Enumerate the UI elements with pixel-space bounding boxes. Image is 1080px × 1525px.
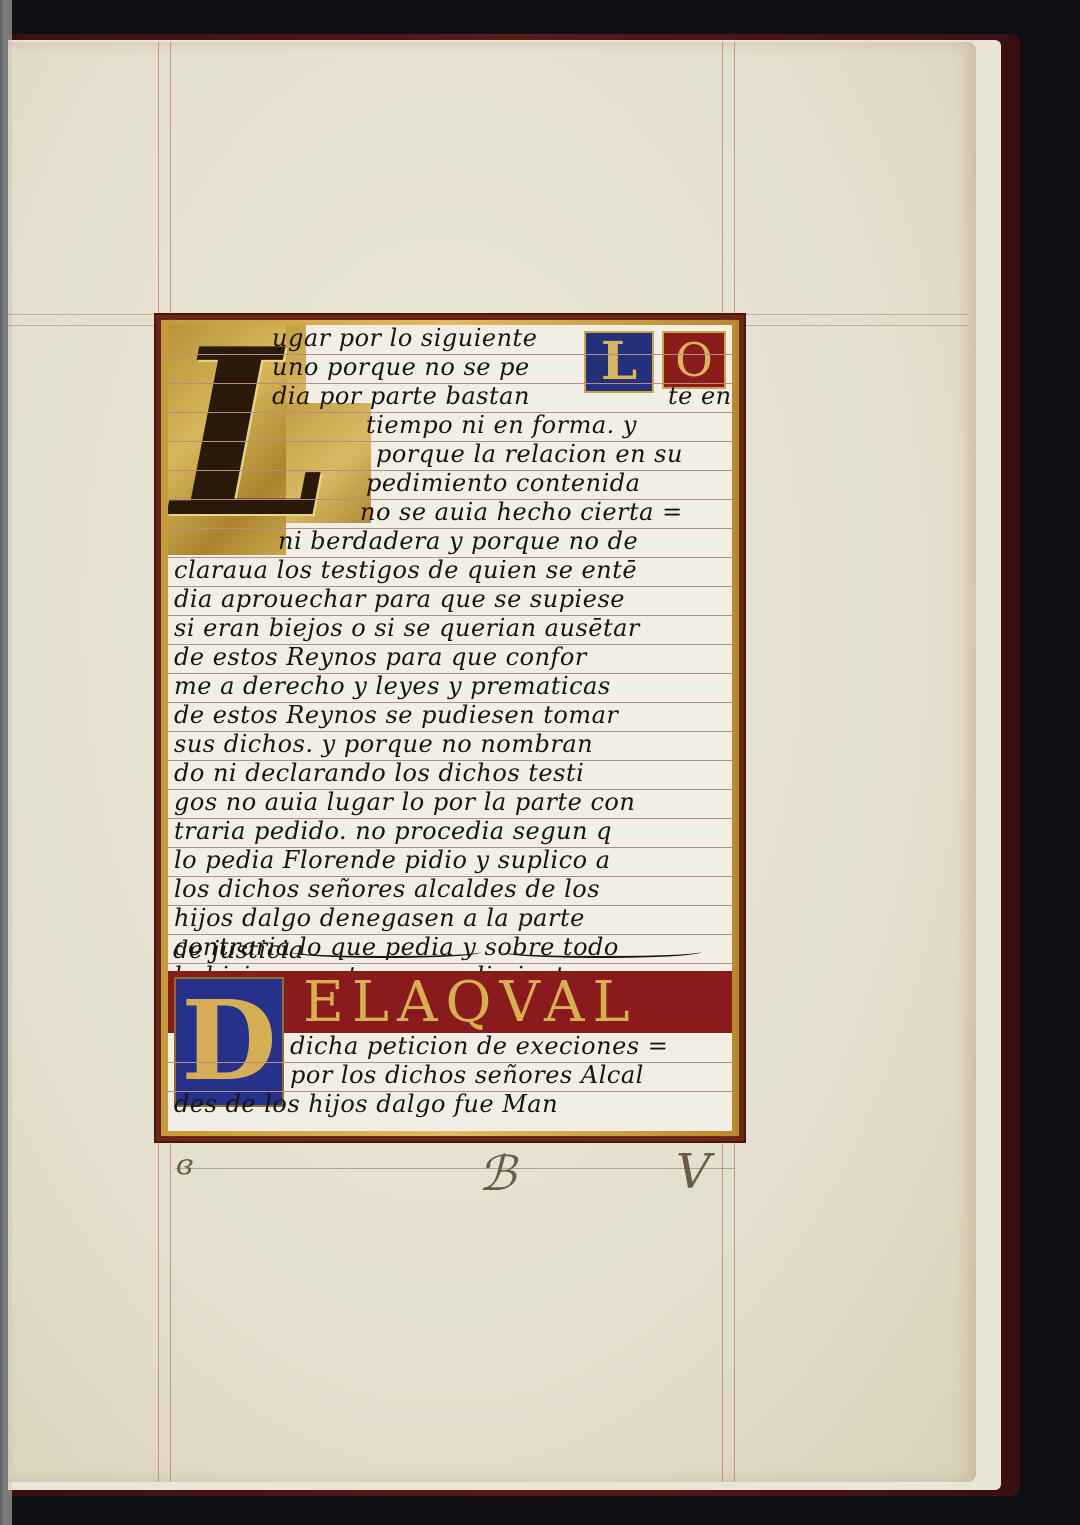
text-line: uno porque no se pe [168, 354, 732, 384]
text-line: gos no auia lugar lo por la parte con [168, 789, 732, 819]
line-filler-flourish [501, 946, 701, 958]
text-area: L L O ugar por lo siguiente uno porque n… [168, 325, 732, 1131]
text-line: claraua los testigos de quien se entē [168, 557, 732, 587]
text-line: dia aprouechar para que se supiese [168, 586, 732, 616]
illuminated-text-frame: L L O ugar por lo siguiente uno porque n… [154, 313, 746, 1143]
text-line: de estos Reynos se pudiesen tomar [168, 702, 732, 732]
text-line: ni berdadera y porque no de [168, 528, 732, 558]
text-line: des de los hijos dalgo fue Man [168, 1091, 732, 1120]
text-line: de estos Reynos para que confor [168, 644, 732, 674]
text-line: do ni declarando los dichos testi [168, 760, 732, 790]
text-line: los dichos señores alcaldes de los [168, 876, 732, 906]
text-line: no se auia hecho cierta = [168, 499, 732, 529]
text-line: si eran biejos o si se querian ausētar [168, 615, 732, 645]
pen-flourish-center: ℬ [478, 1146, 516, 1202]
text-line: hijos dalgo denegasen a la parte [168, 905, 732, 935]
pen-flourish-left: ɞ [176, 1148, 193, 1181]
pen-flourish-right: V [676, 1144, 711, 1200]
text-line: lo pedia Florende pidio y suplico a [168, 847, 732, 877]
text-line: traria pedido. no procedia segun q [168, 818, 732, 848]
adjacent-page-edge [0, 0, 12, 1525]
text-line: sus dichos. y porque no nombran [168, 731, 732, 761]
heading-text: ELAQVAL [303, 975, 638, 1031]
text-line: ugar por lo siguiente [168, 325, 732, 355]
text-line: porque la relacion en su [168, 441, 732, 471]
text-line: tiempo ni en forma. y [168, 412, 732, 442]
text-line: pedimiento contenida [168, 470, 732, 500]
pen-trial-line [175, 1168, 735, 1169]
text-line: por los dichos señores Alcal [168, 1062, 732, 1092]
text-line: dicha peticion de execiones = [168, 1033, 732, 1063]
text-line: me a derecho y leyes y prematicas [168, 673, 732, 703]
line-filler-flourish [291, 946, 481, 958]
closing-line: de justicia [171, 938, 731, 966]
text-line: dia por parte bastante en [168, 383, 732, 413]
